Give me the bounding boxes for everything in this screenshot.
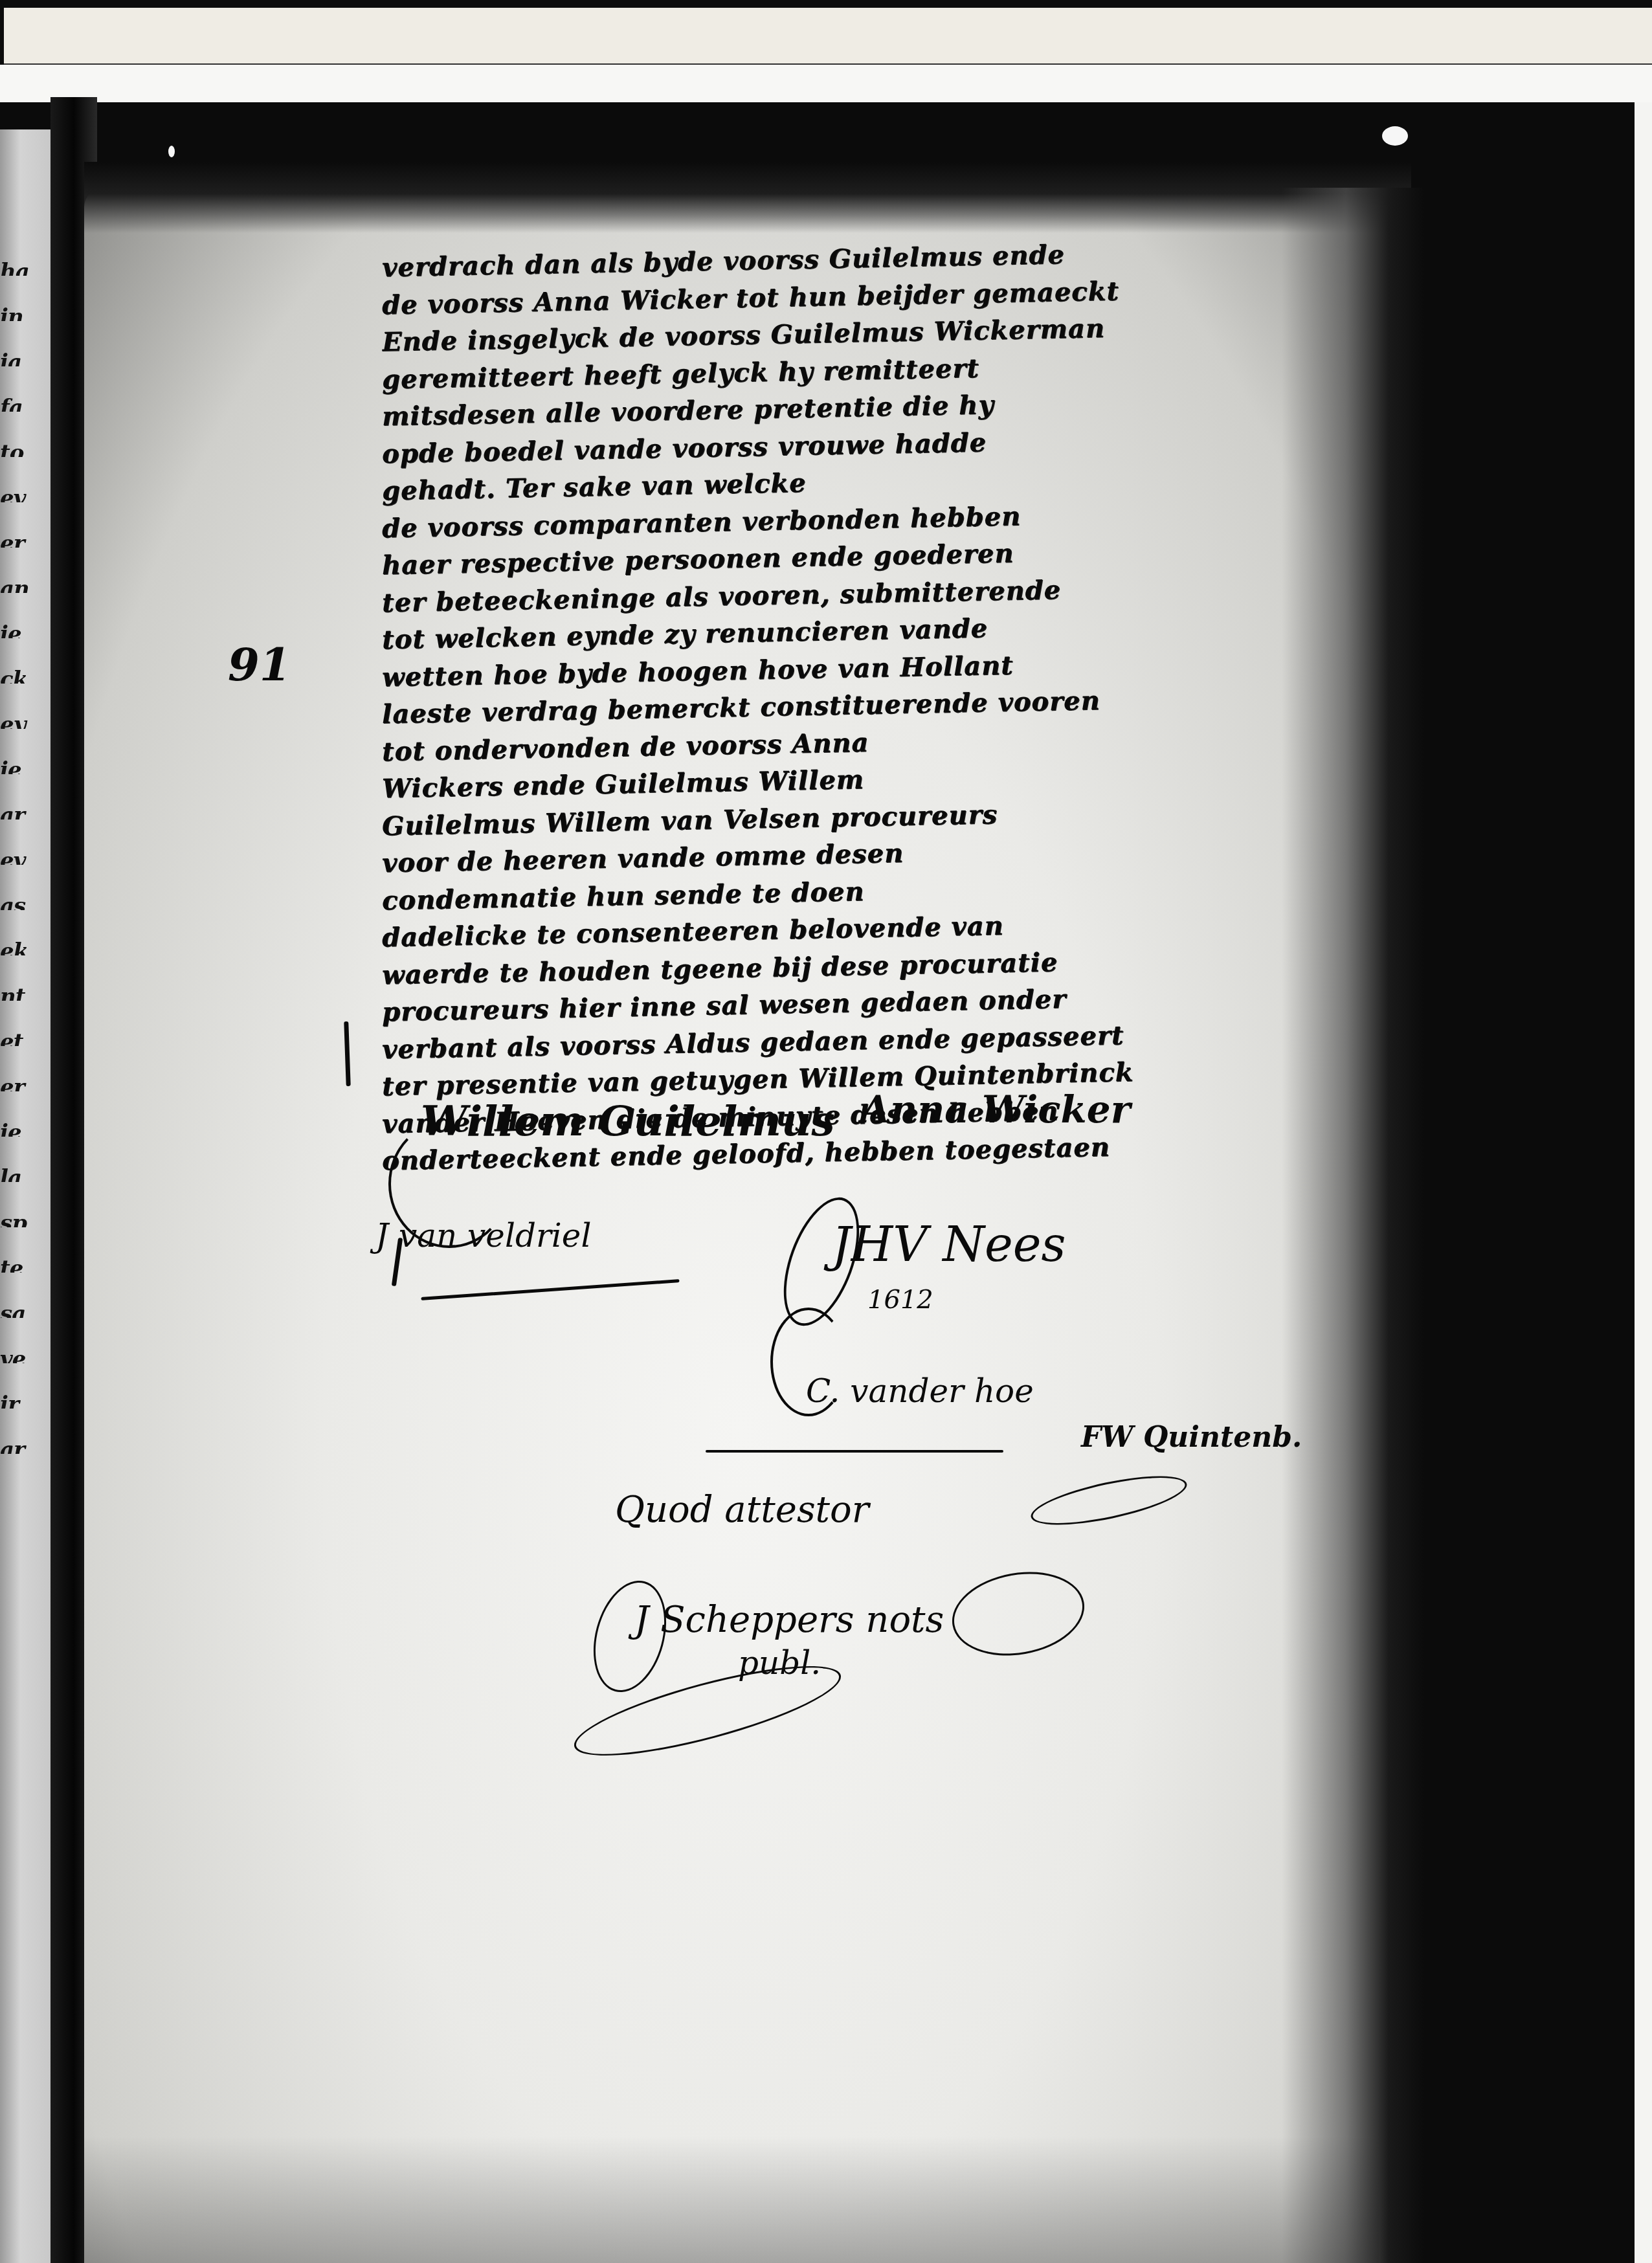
prev-page-fragment: ar bbox=[0, 1437, 49, 1454]
prev-page-fragment: fa bbox=[0, 395, 49, 412]
scanner-white-margin bbox=[0, 65, 1652, 102]
prev-page-fragment: er bbox=[0, 531, 49, 548]
prev-page-fragment: sa bbox=[0, 1301, 49, 1318]
prev-page-fragment: an bbox=[0, 576, 49, 593]
prev-page-fragment: er bbox=[0, 1075, 49, 1091]
prev-page-fragment: nt bbox=[0, 984, 49, 1001]
page-bottom-shade bbox=[84, 2136, 1379, 2263]
prev-page-fragment: to bbox=[0, 440, 49, 457]
signature-anna: Anna Wicker bbox=[861, 1087, 1130, 1131]
prev-page-fragment: ha bbox=[0, 259, 49, 276]
notary-signature: J Scheppers nots bbox=[634, 1599, 944, 1641]
page-top-edge-shadow bbox=[84, 162, 1411, 233]
prev-page-fragment: in bbox=[0, 304, 49, 321]
prev-page-fragment: ek bbox=[0, 939, 49, 955]
signature-vanderhoeven: C. vander hoe bbox=[806, 1372, 1034, 1410]
signature-quintenbrinck: FW Quintenb. bbox=[1081, 1421, 1302, 1454]
scan-speckle bbox=[168, 146, 175, 157]
prev-page-fragment: ck bbox=[0, 667, 49, 684]
prev-page-fragment: ir bbox=[0, 1392, 49, 1409]
folio-margin-number: 91 bbox=[228, 638, 291, 691]
prev-page-fragment: ey bbox=[0, 712, 49, 729]
prev-page-fragment: ie bbox=[0, 757, 49, 774]
prev-page-fragment: ar bbox=[0, 803, 49, 819]
prev-page-fragment: et bbox=[0, 1029, 49, 1046]
signature-date: 1612 bbox=[867, 1285, 933, 1315]
previous-page-strip: ha in ia fa to ev er an ie ck ey ie ar e… bbox=[0, 129, 50, 2263]
manuscript-body-text: verdrach dan als byde voorss Guilelmus e… bbox=[382, 249, 1457, 1180]
prev-page-fragment: as bbox=[0, 893, 49, 910]
prev-page-fragment: ie bbox=[0, 1120, 49, 1137]
signature-underline bbox=[706, 1450, 1003, 1453]
signature-willem: Willem Guilelmus bbox=[421, 1097, 835, 1146]
prev-page-fragment: te bbox=[0, 1256, 49, 1273]
scanner-cover-strip bbox=[4, 8, 1652, 65]
signature-veldriel: J van veldriel bbox=[375, 1217, 591, 1254]
scan-speckle bbox=[1382, 126, 1408, 146]
prev-page-fragment: ve bbox=[0, 1346, 49, 1363]
notarial-attestation: Quod attestor bbox=[615, 1489, 869, 1531]
signature-monogram: JHV Nees bbox=[832, 1217, 1066, 1273]
prev-page-fragment: ev bbox=[0, 485, 49, 502]
prev-page-fragment: ia bbox=[0, 350, 49, 366]
right-white-margin bbox=[1635, 102, 1652, 2263]
prev-page-fragment: ev bbox=[0, 848, 49, 865]
prev-page-fragment: ie bbox=[0, 621, 49, 638]
prev-page-fragment: la bbox=[0, 1165, 49, 1182]
prev-page-fragment: sp bbox=[0, 1210, 49, 1227]
